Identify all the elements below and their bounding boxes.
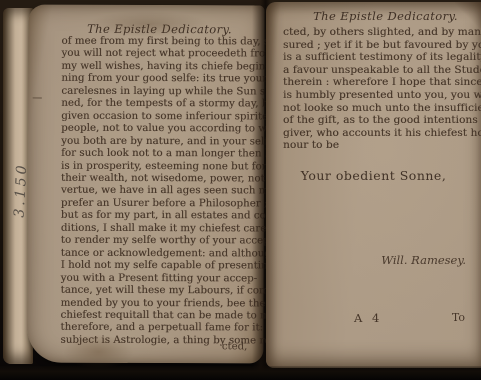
margin-mark: — [32,93,42,104]
left-page-body-text: of mee from my first being to this day, … [60,36,261,348]
right-page-body-text: cted, by others slighted, and by many ce… [283,26,473,152]
left-page-catchword: cted, [222,341,248,352]
right-page: The Epistle Dedicatory. cted, by others … [266,2,481,368]
left-running-head: The Epistle Dedicatory. [29,22,265,37]
gathering-signature-mark: A 4 [354,311,382,325]
right-running-head: The Epistle Dedicatory. [266,9,481,23]
left-page: The Epistle Dedicatory. — of mee from my… [27,5,264,364]
book-scan: 3.150 The Epistle Dedicatory. — of mee f… [0,0,481,380]
right-page-catchword: To [452,311,465,324]
author-signature: Will. Ramesey. [381,253,466,267]
page-corner-fold [455,2,481,28]
salutation: Your obedient Sonne, [266,168,481,183]
book-binding-edge [0,366,481,380]
